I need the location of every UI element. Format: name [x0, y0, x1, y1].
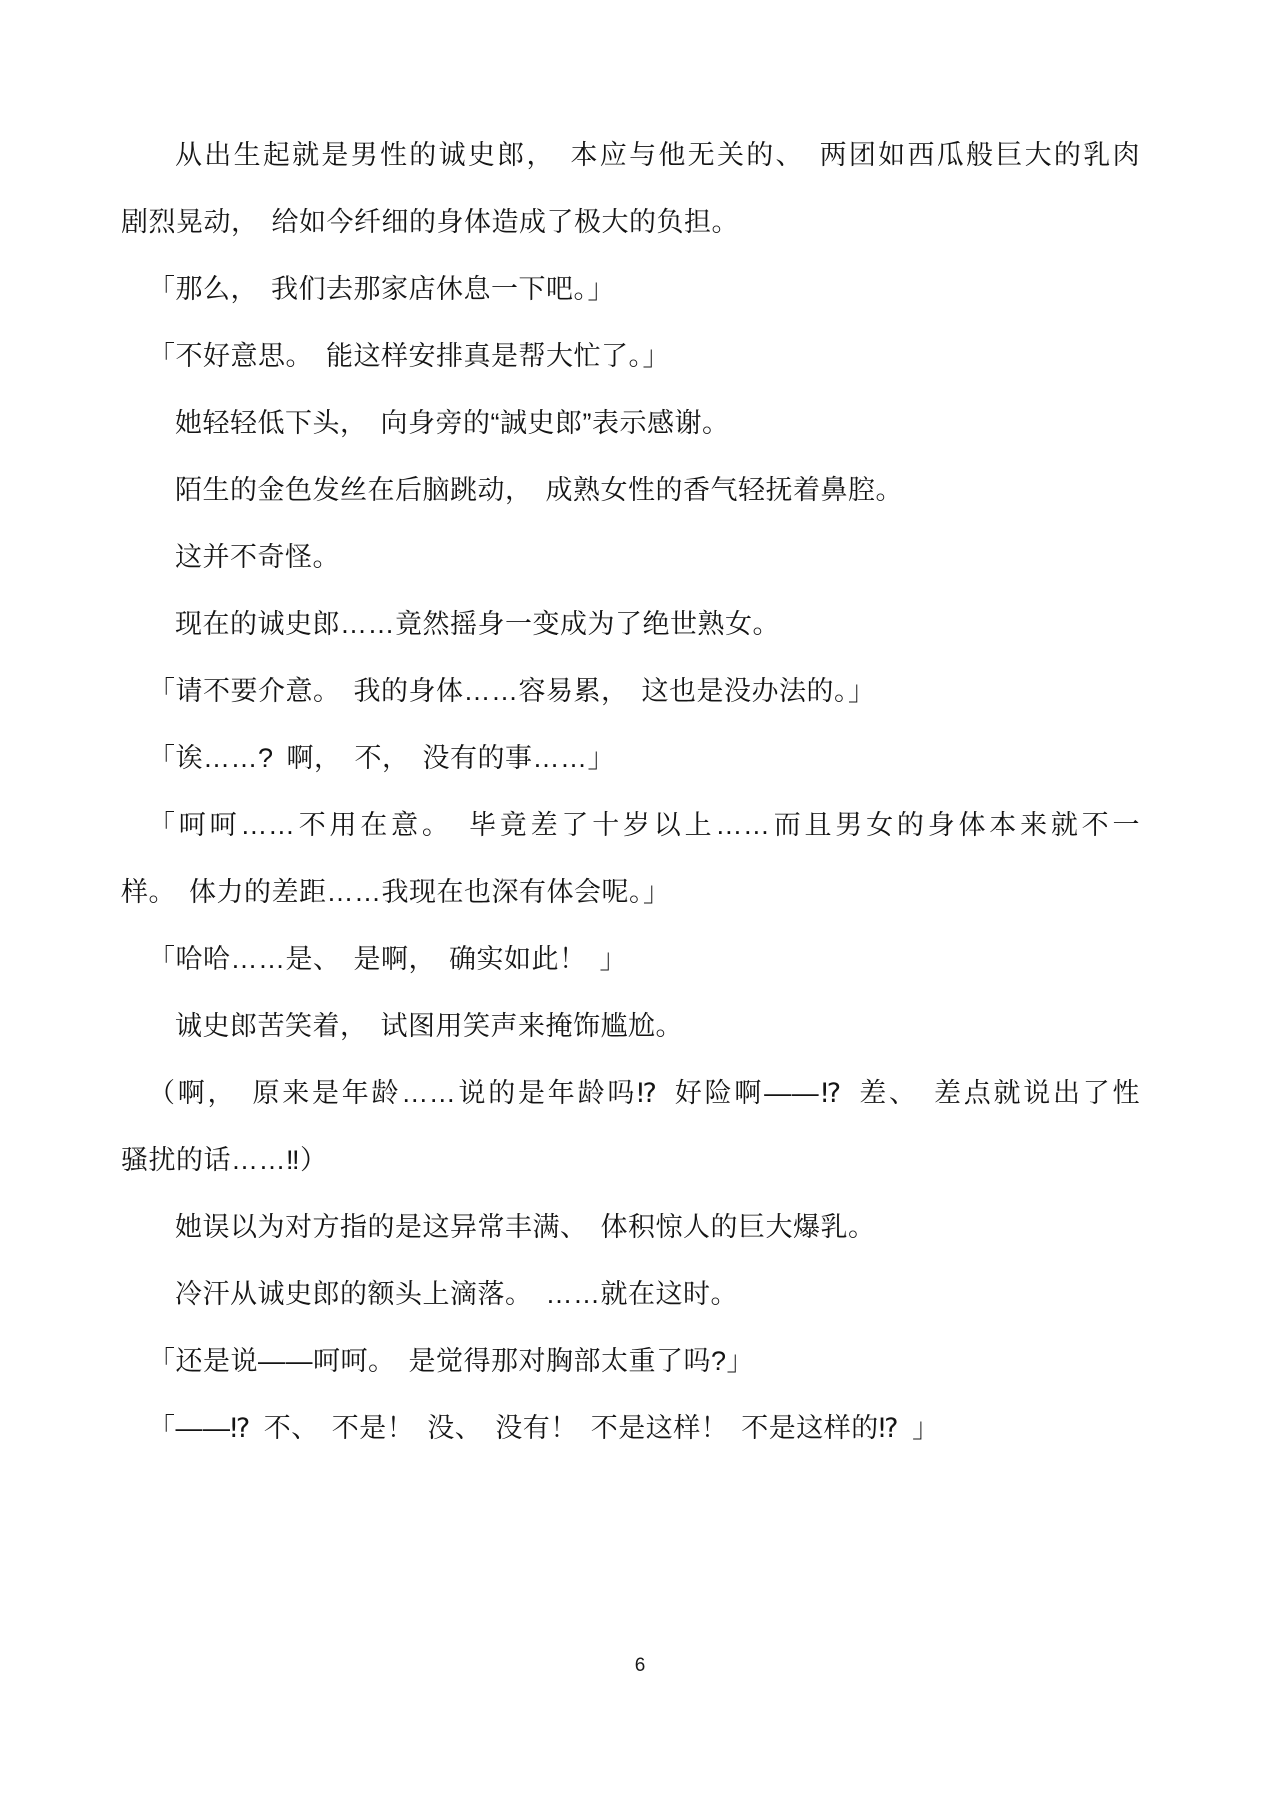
- paragraph: 「还是说——呵呵。 是觉得那对胸部太重了吗?」: [121, 1328, 1140, 1395]
- text-line: 她误以为对方指的是这异常丰满、 体积惊人的巨大爆乳。: [121, 1194, 1140, 1261]
- paragraph: 陌生的金色发丝在后脑跳动， 成熟女性的香气轻抚着鼻腔。: [121, 457, 1140, 524]
- paragraph: 「哈哈……是、 是啊， 确实如此！ 」: [121, 926, 1140, 993]
- paragraph: 这并不奇怪。: [121, 524, 1140, 591]
- text-line: 剧烈晃动， 给如今纤细的身体造成了极大的负担。: [121, 189, 1140, 256]
- paragraph: 她误以为对方指的是这异常丰满、 体积惊人的巨大爆乳。: [121, 1194, 1140, 1261]
- text-line: 诚史郎苦笑着， 试图用笑声来掩饰尴尬。: [121, 993, 1140, 1060]
- text-line: 「请不要介意。 我的身体……容易累， 这也是没办法的。」: [121, 658, 1140, 725]
- text-line: 「呵呵……不用在意。 毕竟差了十岁以上……而且男女的身体本来就不一: [121, 792, 1140, 859]
- paragraph: 「那么， 我们去那家店休息一下吧。」: [121, 256, 1140, 323]
- paragraph: 「不好意思。 能这样安排真是帮大忙了。」: [121, 323, 1140, 390]
- text-line: 「那么， 我们去那家店休息一下吧。」: [121, 256, 1140, 323]
- paragraph: 「请不要介意。 我的身体……容易累， 这也是没办法的。」: [121, 658, 1140, 725]
- paragraph: 冷汗从诚史郎的额头上滴落。 ……就在这时。: [121, 1261, 1140, 1328]
- text-line: 「哈哈……是、 是啊， 确实如此！ 」: [121, 926, 1140, 993]
- text-line: 样。 体力的差距……我现在也深有体会呢。」: [121, 859, 1140, 926]
- text-line: 「诶……? 啊， 不， 没有的事……」: [121, 725, 1140, 792]
- text-line: 陌生的金色发丝在后脑跳动， 成熟女性的香气轻抚着鼻腔。: [121, 457, 1140, 524]
- paragraph: 「诶……? 啊， 不， 没有的事……」: [121, 725, 1140, 792]
- body-text: 从出生起就是男性的诚史郎， 本应与他无关的、 两团如西瓜般巨大的乳肉剧烈晃动， …: [121, 122, 1140, 1462]
- text-line: 「不好意思。 能这样安排真是帮大忙了。」: [121, 323, 1140, 390]
- page-number: 6: [0, 1655, 1280, 1677]
- text-line: 这并不奇怪。: [121, 524, 1140, 591]
- paragraph: 她轻轻低下头， 向身旁的“誠史郎”表示感谢。: [121, 390, 1140, 457]
- document-page: 从出生起就是男性的诚史郎， 本应与他无关的、 两团如西瓜般巨大的乳肉剧烈晃动， …: [0, 0, 1280, 1810]
- text-line: 冷汗从诚史郎的额头上滴落。 ……就在这时。: [121, 1261, 1140, 1328]
- paragraph: 现在的诚史郎……竟然摇身一变成为了绝世熟女。: [121, 591, 1140, 658]
- text-line: （啊， 原来是年龄……说的是年龄吗⁉ 好险啊——⁉ 差、 差点就说出了性: [121, 1060, 1140, 1127]
- paragraph: 诚史郎苦笑着， 试图用笑声来掩饰尴尬。: [121, 993, 1140, 1060]
- text-line: 现在的诚史郎……竟然摇身一变成为了绝世熟女。: [121, 591, 1140, 658]
- text-line: 「还是说——呵呵。 是觉得那对胸部太重了吗?」: [121, 1328, 1140, 1395]
- text-line: 「——⁉ 不、 不是！ 没、 没有！ 不是这样！ 不是这样的⁉ 」: [121, 1395, 1140, 1462]
- text-line: 骚扰的话……‼）: [121, 1127, 1140, 1194]
- text-line: 她轻轻低下头， 向身旁的“誠史郎”表示感谢。: [121, 390, 1140, 457]
- paragraph: （啊， 原来是年龄……说的是年龄吗⁉ 好险啊——⁉ 差、 差点就说出了性骚扰的话…: [121, 1060, 1140, 1194]
- paragraph: 从出生起就是男性的诚史郎， 本应与他无关的、 两团如西瓜般巨大的乳肉剧烈晃动， …: [121, 122, 1140, 256]
- paragraph: 「——⁉ 不、 不是！ 没、 没有！ 不是这样！ 不是这样的⁉ 」: [121, 1395, 1140, 1462]
- text-line: 从出生起就是男性的诚史郎， 本应与他无关的、 两团如西瓜般巨大的乳肉: [121, 122, 1140, 189]
- paragraph: 「呵呵……不用在意。 毕竟差了十岁以上……而且男女的身体本来就不一样。 体力的差…: [121, 792, 1140, 926]
